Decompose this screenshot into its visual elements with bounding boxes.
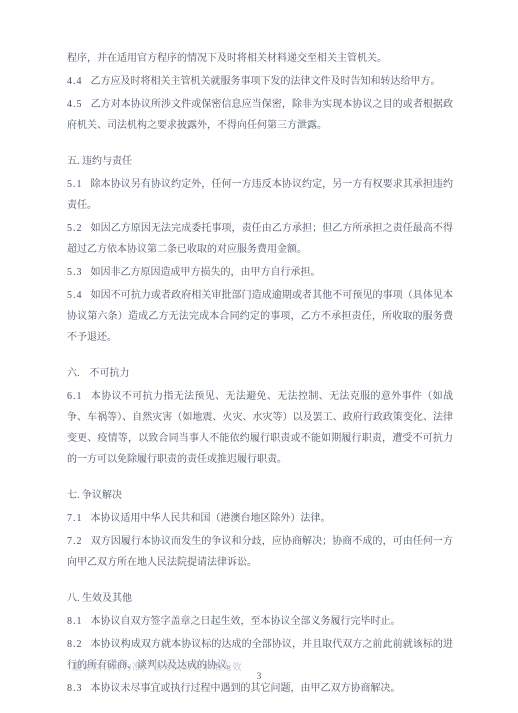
document-page: 程序，并在适用官方程序的情况下及时将相关材料递交至相关主管机关。 4.4乙方应及… [0, 0, 518, 713]
clause-text: 乙方对本协议所涉文件或保密信息应当保密，除非为实现本协议之目的或者根据政府机关、… [67, 99, 453, 131]
clause-5-3: 5.3如因非乙方原因造成甲方损失的，由甲方自行承担。 [67, 262, 453, 283]
section-5: 五. 违约与责任 5.1除本协议另有协议约定外，任何一方违反本协议约定，另一方有… [67, 151, 453, 348]
clause-text: 本协议不可抗力指无法预见、无法避免、无法控制、无法克服的意外事件（如战争、车祸等… [67, 391, 453, 465]
page-number: 3 [0, 671, 518, 681]
section-8: 八. 生效及其他 8.1本协议自双方签字盖章之日起生效，至本协议全部义务履行完毕… [67, 588, 453, 699]
section-heading: 五. 违约与责任 [67, 151, 453, 172]
document-body: 程序，并在适用官方程序的情况下及时将相关材料递交至相关主管机关。 4.4乙方应及… [67, 48, 453, 699]
clause-number: 7.1 [67, 508, 83, 529]
clause-4-5: 4.5乙方对本协议所涉文件或保密信息应当保密，除非为实现本协议之目的或者根据政府… [67, 94, 453, 136]
clause-text: 如因乙方原因无法完成委托事项，责任由乙方承担；但乙方所承担之责任最高不得超过乙方… [67, 223, 453, 255]
section-heading: 七. 争议解决 [67, 485, 453, 506]
clause-text: 本协议适用中华人民共和国（港澳台地区除外）法律。 [91, 513, 331, 524]
clause-8-3: 8.3本协议未尽事宜或执行过程中遇到的其它问题，由甲乙双方协商解决。 [67, 678, 453, 699]
clause-6-1: 6.1本协议不可抗力指无法预见、无法避免、无法控制、无法克服的意外事件（如战争、… [67, 386, 453, 470]
clause-text: 如因不可抗力或者政府相关审批部门造成逾期或者其他不可预见的事项（具体见本协议第六… [67, 290, 453, 343]
clause-5-1: 5.1除本协议另有协议约定外，任何一方违反本协议约定，另一方有权要求其承担违约责… [67, 174, 453, 216]
clause-number: 5.4 [67, 285, 83, 306]
clause-number: 5.1 [67, 174, 83, 195]
clause-number: 4.5 [67, 94, 83, 115]
clause-4-4: 4.4乙方应及时将相关主管机关就服务事项下发的法律文件及时告知和转达给甲方。 [67, 71, 453, 92]
clause-number: 6.1 [67, 386, 83, 407]
section-heading: 六. 不可抗力 [67, 363, 453, 384]
clause-text: 本协议自双方签字盖章之日起生效，至本协议全部义务履行完毕时止。 [91, 616, 401, 627]
clause-7-2: 7.2双方因履行本协议而发生的争议和分歧，应协商解决；协商不成的，可由任何一方向… [67, 531, 453, 573]
clause-text: 乙方应及时将相关主管机关就服务事项下发的法律文件及时告知和转达给甲方。 [91, 76, 441, 87]
clause-number: 8.1 [67, 611, 83, 632]
clause-number: 8.3 [67, 678, 83, 699]
clause-5-2: 5.2如因乙方原因无法完成委托事项，责任由乙方承担；但乙方所承担之责任最高不得超… [67, 218, 453, 260]
clause-5-4: 5.4如因不可抗力或者政府相关审批部门造成逾期或者其他不可预见的事项（具体见本协… [67, 285, 453, 348]
clause-7-1: 7.1本协议适用中华人民共和国（港澳台地区除外）法律。 [67, 508, 453, 529]
clause-number: 4.4 [67, 71, 83, 92]
clause-8-1: 8.1本协议自双方签字盖章之日起生效，至本协议全部义务履行完毕时止。 [67, 611, 453, 632]
clause-text: 双方因履行本协议而发生的争议和分歧，应协商解决；协商不成的，可由任何一方向甲乙双… [67, 536, 453, 568]
section-7: 七. 争议解决 7.1本协议适用中华人民共和国（港澳台地区除外）法律。 7.2双… [67, 485, 453, 573]
paragraph-continuation: 程序，并在适用官方程序的情况下及时将相关材料递交至相关主管机关。 [67, 48, 453, 69]
clause-number: 5.3 [67, 262, 83, 283]
section-6: 六. 不可抗力 6.1本协议不可抗力指无法预见、无法避免、无法控制、无法克服的意… [67, 363, 453, 470]
clause-text: 如因非乙方原因造成甲方损失的，由甲方自行承担。 [91, 267, 321, 278]
section-heading: 八. 生效及其他 [67, 588, 453, 609]
clause-text: 除本协议另有协议约定外，任何一方违反本协议约定，另一方有权要求其承担违约责任。 [67, 179, 453, 211]
clause-number: 8.2 [67, 634, 83, 655]
clause-text: 本协议未尽事宜或执行过程中遇到的其它问题，由甲乙双方协商解决。 [91, 683, 401, 694]
clause-number: 5.2 [67, 218, 83, 239]
clause-number: 7.2 [67, 531, 83, 552]
